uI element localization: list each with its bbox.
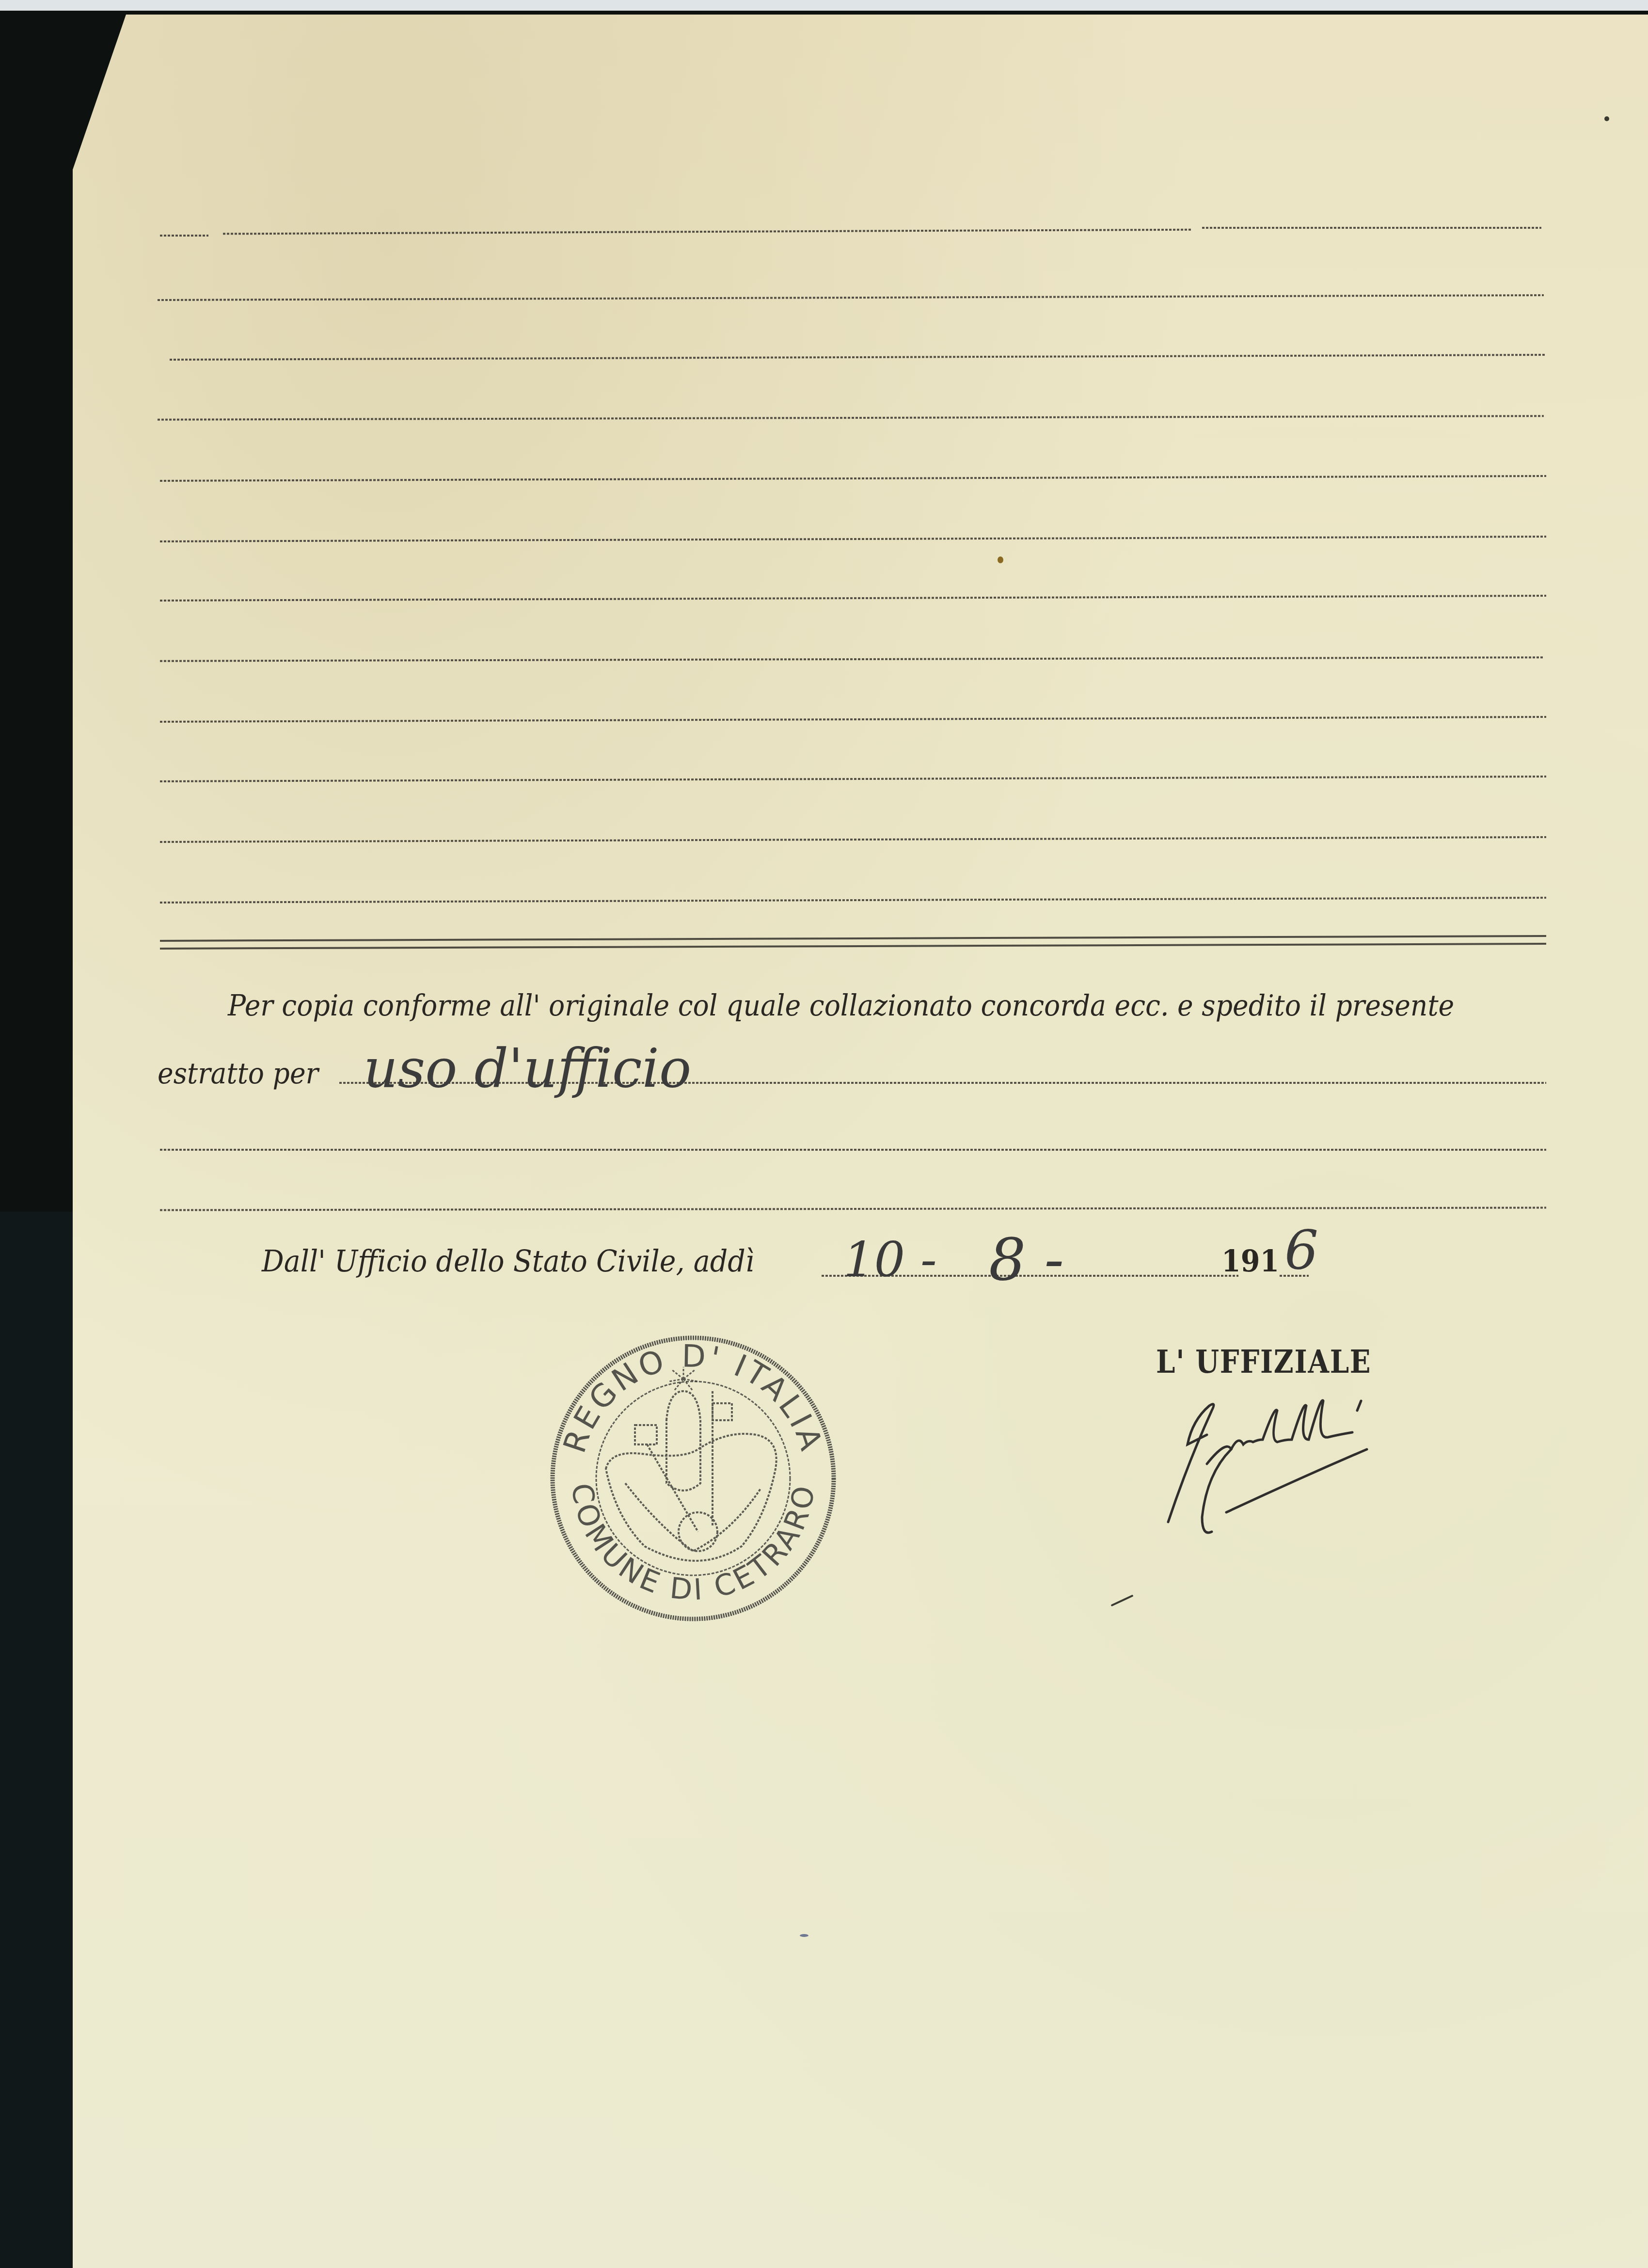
date-year-printed: 191 xyxy=(1221,1243,1279,1279)
official-signature xyxy=(1154,1391,1464,1546)
stamp-top-text: REGNO D' ITALIA xyxy=(557,1338,830,1457)
document-page xyxy=(73,15,1648,2268)
ruled-line xyxy=(1202,227,1541,229)
date-year-digit: 6 xyxy=(1284,1219,1318,1281)
ink-speck xyxy=(998,556,1003,563)
date-month: 8 - xyxy=(989,1226,1064,1294)
scanner-backdrop xyxy=(0,1212,73,2268)
ink-speck xyxy=(1604,116,1609,121)
ink-speck xyxy=(800,1934,808,1937)
coat-of-arms-icon xyxy=(606,1367,776,1561)
dateline-label: Dall' Ufficio dello Stato Civile, addì xyxy=(262,1243,754,1279)
official-title: L' UFFIZIALE xyxy=(1156,1343,1371,1380)
year-line xyxy=(1280,1275,1309,1277)
official-stamp: REGNO D' ITALIA COMUNE DI CETRARO xyxy=(538,1323,848,1634)
extract-label: estratto per xyxy=(158,1057,318,1091)
extract-purpose-handwritten: uso d'ufficio xyxy=(364,1037,691,1099)
svg-text:REGNO D' ITALIA: REGNO D' ITALIA xyxy=(557,1338,830,1457)
scanner-top-edge xyxy=(0,0,1648,11)
date-day: 10 - xyxy=(843,1231,937,1288)
ruled-line xyxy=(160,235,208,237)
certification-line: Per copia conforme all' originale col qu… xyxy=(228,989,1454,1023)
blank-line-2 xyxy=(160,1149,1546,1151)
